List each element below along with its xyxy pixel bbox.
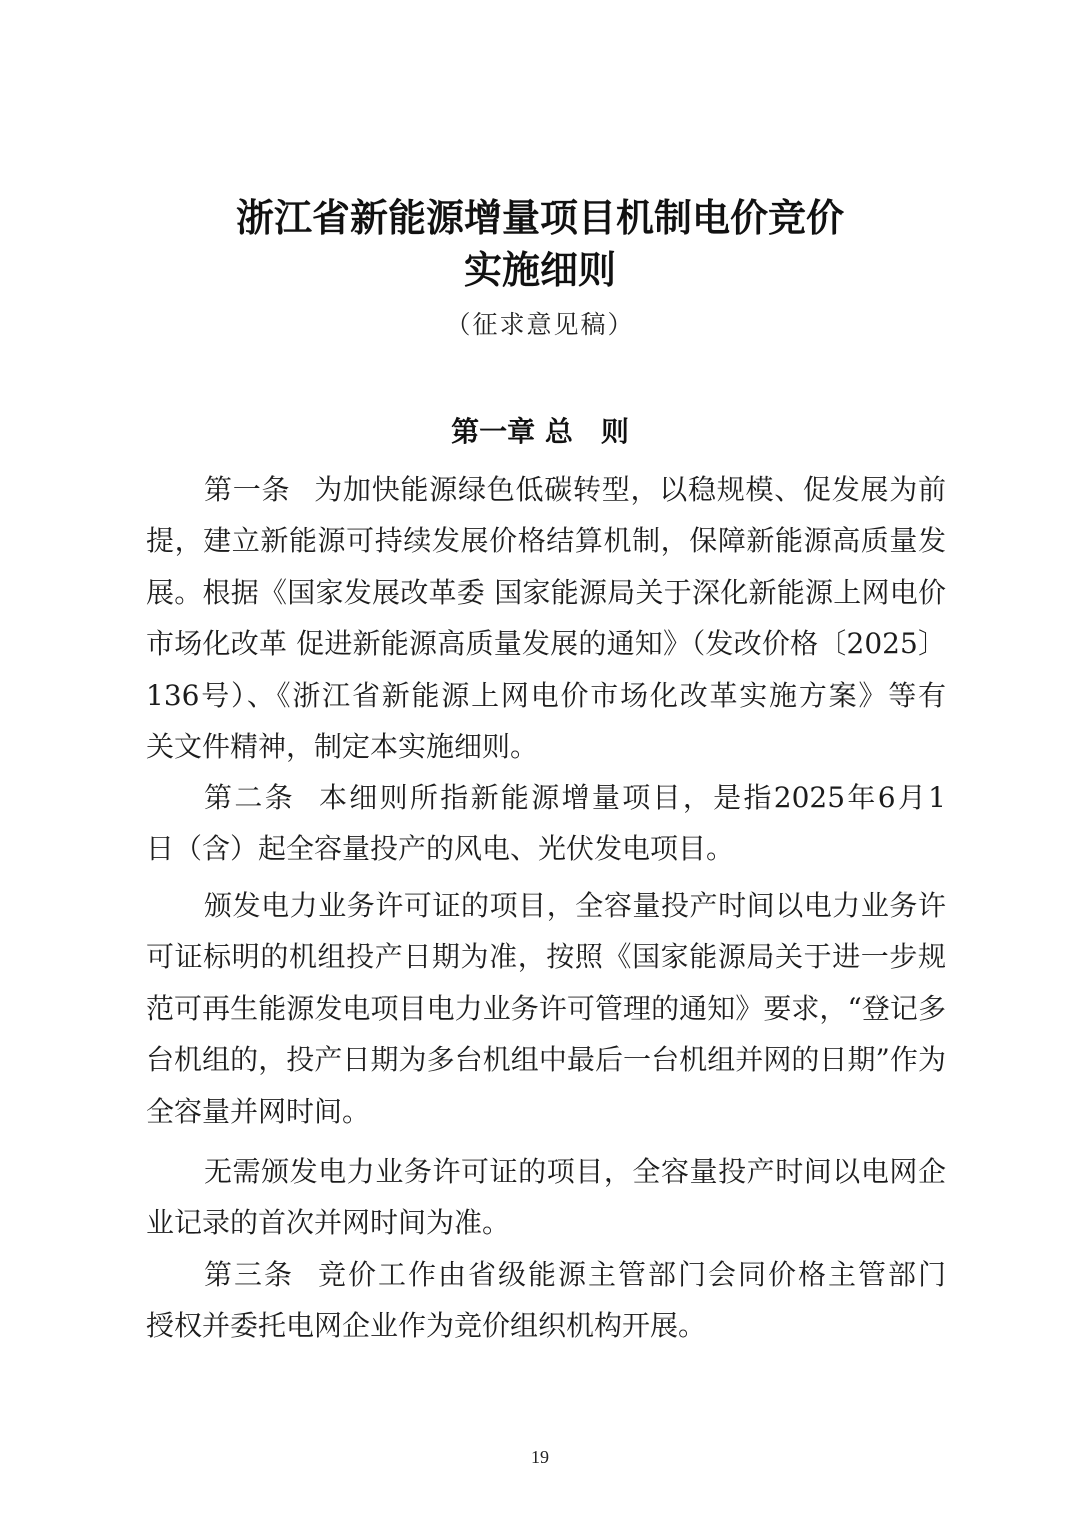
article-3: 第三条竞价工作由省级能源主管部门会同价格主管部门 授权并委托电网企业作为竞价组织… [146,1249,946,1352]
licensed-line-4: 台机组的，投产日期为多台机组中最后一台机组并网的日期”作为 [146,1034,946,1085]
document-page: 浙江省新能源增量项目机制电价竞价 实施细则 （征求意见稿） 第一章 总 则 第一… [0,0,1080,1527]
article-label: 第一条 [204,473,290,506]
page-number: 19 [0,1447,1080,1468]
article-3-line-2: 授权并委托电网企业作为竞价组织机构开展。 [146,1300,946,1351]
article-2: 第二条本细则所指新能源增量项目，是指2025年6月1 日（含）起全容量投产的风电… [146,772,946,875]
paragraph-licensed-projects: 颁发电力业务许可证的项目，全容量投产时间以电力业务许 可证标明的机组投产日期为准… [146,880,946,1137]
unlicensed-line-1: 无需颁发电力业务许可证的项目，全容量投产时间以电网企 [146,1146,946,1197]
licensed-line-2: 可证标明的机组投产日期为准，按照《国家能源局关于进一步规 [146,931,946,982]
chapter-heading: 第一章 总 则 [0,410,1080,454]
article-1-line-4: 市场化改革 促进新能源高质量发展的通知》（发改价格〔2025〕 [146,618,946,669]
article-1-line-5: 136号）、《浙江省新能源上网电价市场化改革实施方案》等有 [146,670,946,721]
article-label: 第三条 [204,1258,294,1291]
licensed-line-5: 全容量并网时间。 [146,1086,946,1137]
document-title-line-2: 实施细则 [0,244,1080,296]
article-2-line-1: 第二条本细则所指新能源增量项目，是指2025年6月1 [146,772,946,823]
article-1-line-2: 提，建立新能源可持续发展价格结算机制，保障新能源高质量发 [146,515,946,566]
article-1-line-3: 展。根据《国家发展改革委 国家能源局关于深化新能源上网电价 [146,567,946,618]
article-1-line-1: 第一条为加快能源绿色低碳转型，以稳规模、促发展为前 [146,464,946,515]
draft-subtitle: （征求意见稿） [0,305,1080,345]
unlicensed-line-2: 业记录的首次并网时间为准。 [146,1197,946,1248]
article-3-line-1: 第三条竞价工作由省级能源主管部门会同价格主管部门 [146,1249,946,1300]
article-label: 第二条 [204,781,295,814]
document-title-line-1: 浙江省新能源增量项目机制电价竞价 [0,192,1080,244]
paragraph-unlicensed-projects: 无需颁发电力业务许可证的项目，全容量投产时间以电网企 业记录的首次并网时间为准。 [146,1146,946,1249]
article-2-line-2: 日（含）起全容量投产的风电、光伏发电项目。 [146,823,946,874]
article-1-line-6: 关文件精神，制定本实施细则。 [146,721,946,772]
licensed-line-1: 颁发电力业务许可证的项目，全容量投产时间以电力业务许 [146,880,946,931]
article-1: 第一条为加快能源绿色低碳转型，以稳规模、促发展为前 提，建立新能源可持续发展价格… [146,464,946,772]
licensed-line-3: 范可再生能源发电项目电力业务许可管理的通知》要求，“登记多 [146,983,946,1034]
